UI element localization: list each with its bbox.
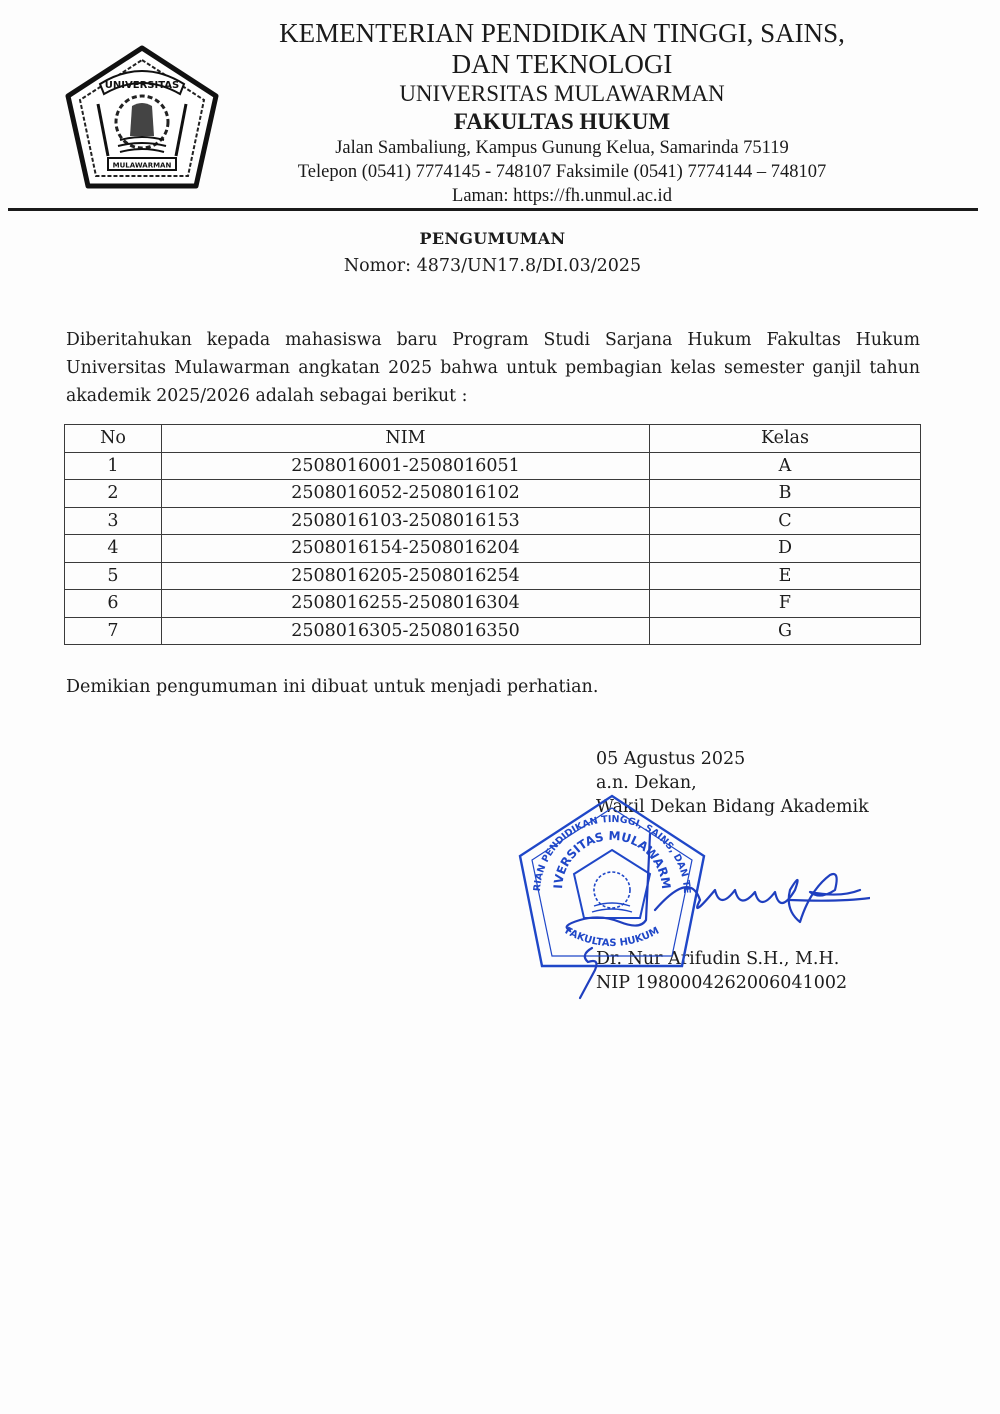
cell-nim: 2508016001-2508016051 bbox=[162, 452, 650, 480]
table-row: 72508016305-2508016350G bbox=[65, 617, 921, 645]
website: Laman: https://fh.unmul.ac.id bbox=[262, 184, 862, 208]
cell-kelas: G bbox=[650, 617, 921, 645]
cell-kelas: D bbox=[650, 535, 921, 563]
address: Jalan Sambaliung, Kampus Gunung Kelua, S… bbox=[262, 136, 862, 160]
cell-kelas: C bbox=[650, 507, 921, 535]
document-page: UNIVERSITAS MULAWARMAN KEMENTERIAN PENDI… bbox=[0, 0, 1000, 1414]
header-no: No bbox=[65, 425, 162, 453]
announcement-number: Nomor: 4873/UN17.8/DI.03/2025 bbox=[0, 256, 985, 276]
cell-no: 1 bbox=[65, 452, 162, 480]
cell-no: 6 bbox=[65, 590, 162, 618]
announcement-body: Diberitahukan kepada mahasiswa baru Prog… bbox=[66, 326, 920, 410]
handwritten-signature bbox=[540, 830, 870, 1000]
cell-no: 3 bbox=[65, 507, 162, 535]
table-row: 22508016052-2508016102B bbox=[65, 480, 921, 508]
table-row: 12508016001-2508016051A bbox=[65, 452, 921, 480]
letterhead: KEMENTERIAN PENDIDIKAN TINGGI, SAINS, DA… bbox=[262, 18, 862, 208]
letterhead-divider bbox=[8, 208, 978, 211]
table-row: 42508016154-2508016204D bbox=[65, 535, 921, 563]
header-nim: NIM bbox=[162, 425, 650, 453]
cell-nim: 2508016103-2508016153 bbox=[162, 507, 650, 535]
table-row: 32508016103-2508016153C bbox=[65, 507, 921, 535]
university-emblem-icon: UNIVERSITAS MULAWARMAN bbox=[62, 44, 222, 194]
header-kelas: Kelas bbox=[650, 425, 921, 453]
cell-no: 5 bbox=[65, 562, 162, 590]
cell-no: 7 bbox=[65, 617, 162, 645]
cell-kelas: F bbox=[650, 590, 921, 618]
cell-nim: 2508016052-2508016102 bbox=[162, 480, 650, 508]
cell-nim: 2508016154-2508016204 bbox=[162, 535, 650, 563]
ministry-name-line2: DAN TEKNOLOGI bbox=[262, 49, 862, 80]
cell-kelas: B bbox=[650, 480, 921, 508]
cell-nim: 2508016255-2508016304 bbox=[162, 590, 650, 618]
ministry-name-line1: KEMENTERIAN PENDIDIKAN TINGGI, SAINS, bbox=[262, 18, 862, 49]
table-row: 52508016205-2508016254E bbox=[65, 562, 921, 590]
table-row: 62508016255-2508016304F bbox=[65, 590, 921, 618]
university-name: UNIVERSITAS MULAWARMAN bbox=[262, 80, 862, 108]
table-header-row: No NIM Kelas bbox=[65, 425, 921, 453]
announcement-title: PENGUMUMAN bbox=[0, 229, 985, 248]
contact-numbers: Telepon (0541) 7774145 - 748107 Faksimil… bbox=[262, 160, 862, 184]
cell-no: 2 bbox=[65, 480, 162, 508]
cell-nim: 2508016305-2508016350 bbox=[162, 617, 650, 645]
sign-date: 05 Agustus 2025 bbox=[596, 747, 869, 771]
cell-kelas: E bbox=[650, 562, 921, 590]
cell-kelas: A bbox=[650, 452, 921, 480]
cell-nim: 2508016205-2508016254 bbox=[162, 562, 650, 590]
class-assignment-table: No NIM Kelas 12508016001-2508016051A 225… bbox=[64, 424, 921, 645]
svg-text:MULAWARMAN: MULAWARMAN bbox=[113, 162, 172, 170]
cell-no: 4 bbox=[65, 535, 162, 563]
closing-statement: Demikian pengumuman ini dibuat untuk men… bbox=[66, 677, 598, 697]
faculty-name: FAKULTAS HUKUM bbox=[262, 108, 862, 136]
svg-text:UNIVERSITAS: UNIVERSITAS bbox=[105, 80, 179, 91]
